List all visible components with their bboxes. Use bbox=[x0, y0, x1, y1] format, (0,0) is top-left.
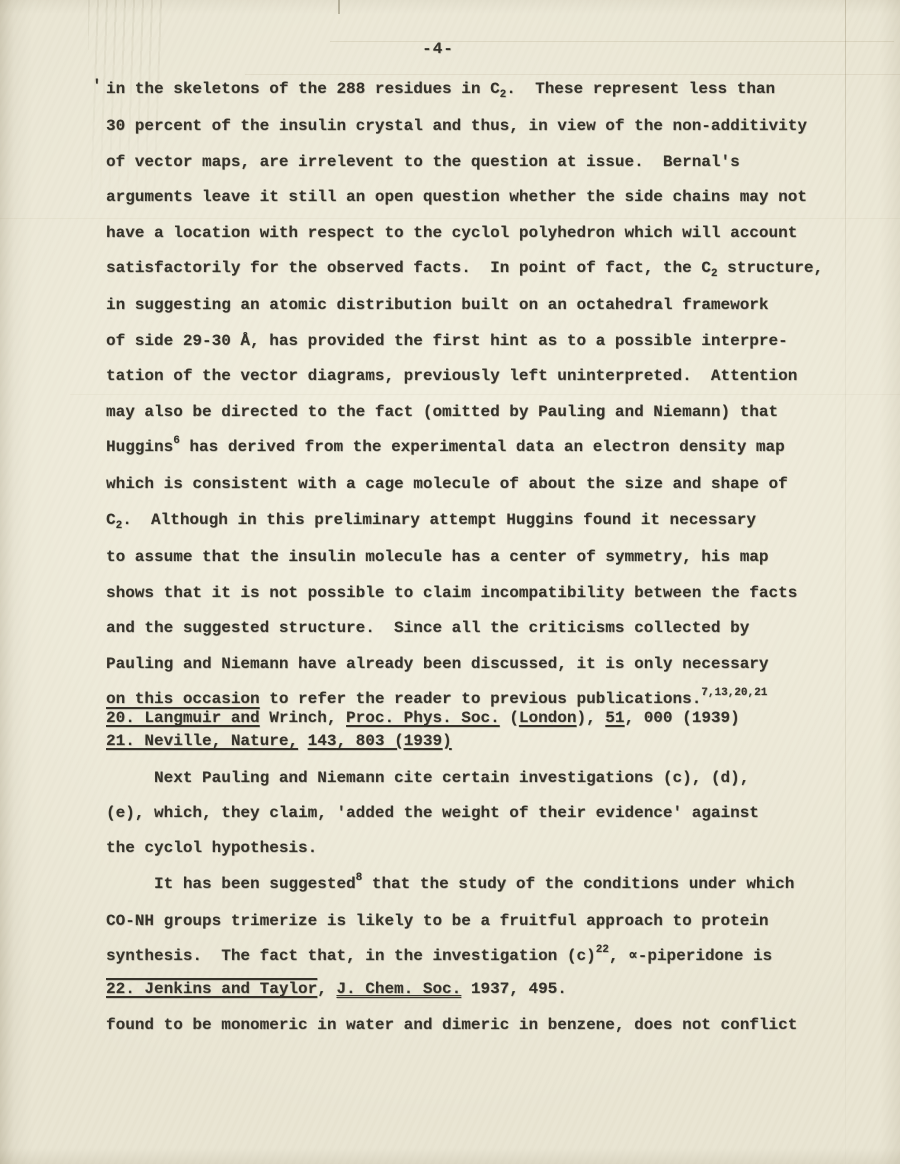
paper-crease bbox=[338, 0, 340, 14]
paragraph-1: 'in the skeletons of the 288 residues in… bbox=[106, 72, 840, 719]
page-number: -4- bbox=[0, 40, 876, 58]
text-line: Next Pauling and Niemann cite certain in… bbox=[106, 761, 840, 796]
text-line: may also be directed to the fact (omitte… bbox=[106, 395, 840, 430]
paragraph-3: It has been suggested8 that the study of… bbox=[106, 867, 840, 977]
text-line: 20. Langmuir and Wrinch, Proc. Phys. Soc… bbox=[106, 707, 840, 730]
text-line: which is consistent with a cage molecule… bbox=[106, 467, 840, 502]
text-line: Pauling and Niemann have already been di… bbox=[106, 647, 840, 682]
text-line: the cyclol hypothesis. bbox=[106, 831, 840, 866]
text-line: CO-NH groups trimerize is likely to be a… bbox=[106, 904, 840, 939]
text-line: of vector maps, are irrelevent to the qu… bbox=[106, 145, 840, 180]
text-line: tation of the vector diagrams, previousl… bbox=[106, 359, 840, 394]
text-line: satisfactorily for the observed facts. I… bbox=[106, 251, 840, 288]
text-line: found to be monomeric in water and dimer… bbox=[106, 1008, 840, 1043]
text-line: Huggins6 has derived from the experiment… bbox=[106, 430, 840, 467]
text-line: 30 percent of the insulin crystal and th… bbox=[106, 109, 840, 144]
text-line: 'in the skeletons of the 288 residues in… bbox=[106, 72, 840, 109]
paragraph-2: Next Pauling and Niemann cite certain in… bbox=[106, 761, 840, 867]
text-line: (e), which, they claim, 'added the weigh… bbox=[106, 796, 840, 831]
paper-fold-line bbox=[845, 0, 846, 1164]
typewritten-page: -4- 'in the skeletons of the 288 residue… bbox=[0, 0, 900, 1164]
text-line: have a location with respect to the cycl… bbox=[106, 216, 840, 251]
text-line: C2. Although in this preliminary attempt… bbox=[106, 503, 840, 540]
text-line: and the suggested structure. Since all t… bbox=[106, 611, 840, 646]
text-line: to assume that the insulin molecule has … bbox=[106, 540, 840, 575]
text-line: arguments leave it still an open questio… bbox=[106, 180, 840, 215]
footnote-block-20-21: 20. Langmuir and Wrinch, Proc. Phys. Soc… bbox=[106, 707, 840, 752]
text-line: in suggesting an atomic distribution bui… bbox=[106, 288, 840, 323]
closing-line: found to be monomeric in water and dimer… bbox=[106, 1008, 840, 1043]
text-line: 21. Neville, Nature, 143, 803 (1939) bbox=[106, 730, 840, 753]
text-line: 22. Jenkins and Taylor, J. Chem. Soc. 19… bbox=[106, 977, 840, 1001]
text-line: synthesis. The fact that, in the investi… bbox=[106, 939, 840, 976]
text-line: of side 29-30 Å, has provided the first … bbox=[106, 324, 840, 359]
text-line: It has been suggested8 that the study of… bbox=[106, 867, 840, 904]
footnote-block-22: 22. Jenkins and Taylor, J. Chem. Soc. 19… bbox=[106, 977, 840, 1001]
text-line: shows that it is not possible to claim i… bbox=[106, 576, 840, 611]
